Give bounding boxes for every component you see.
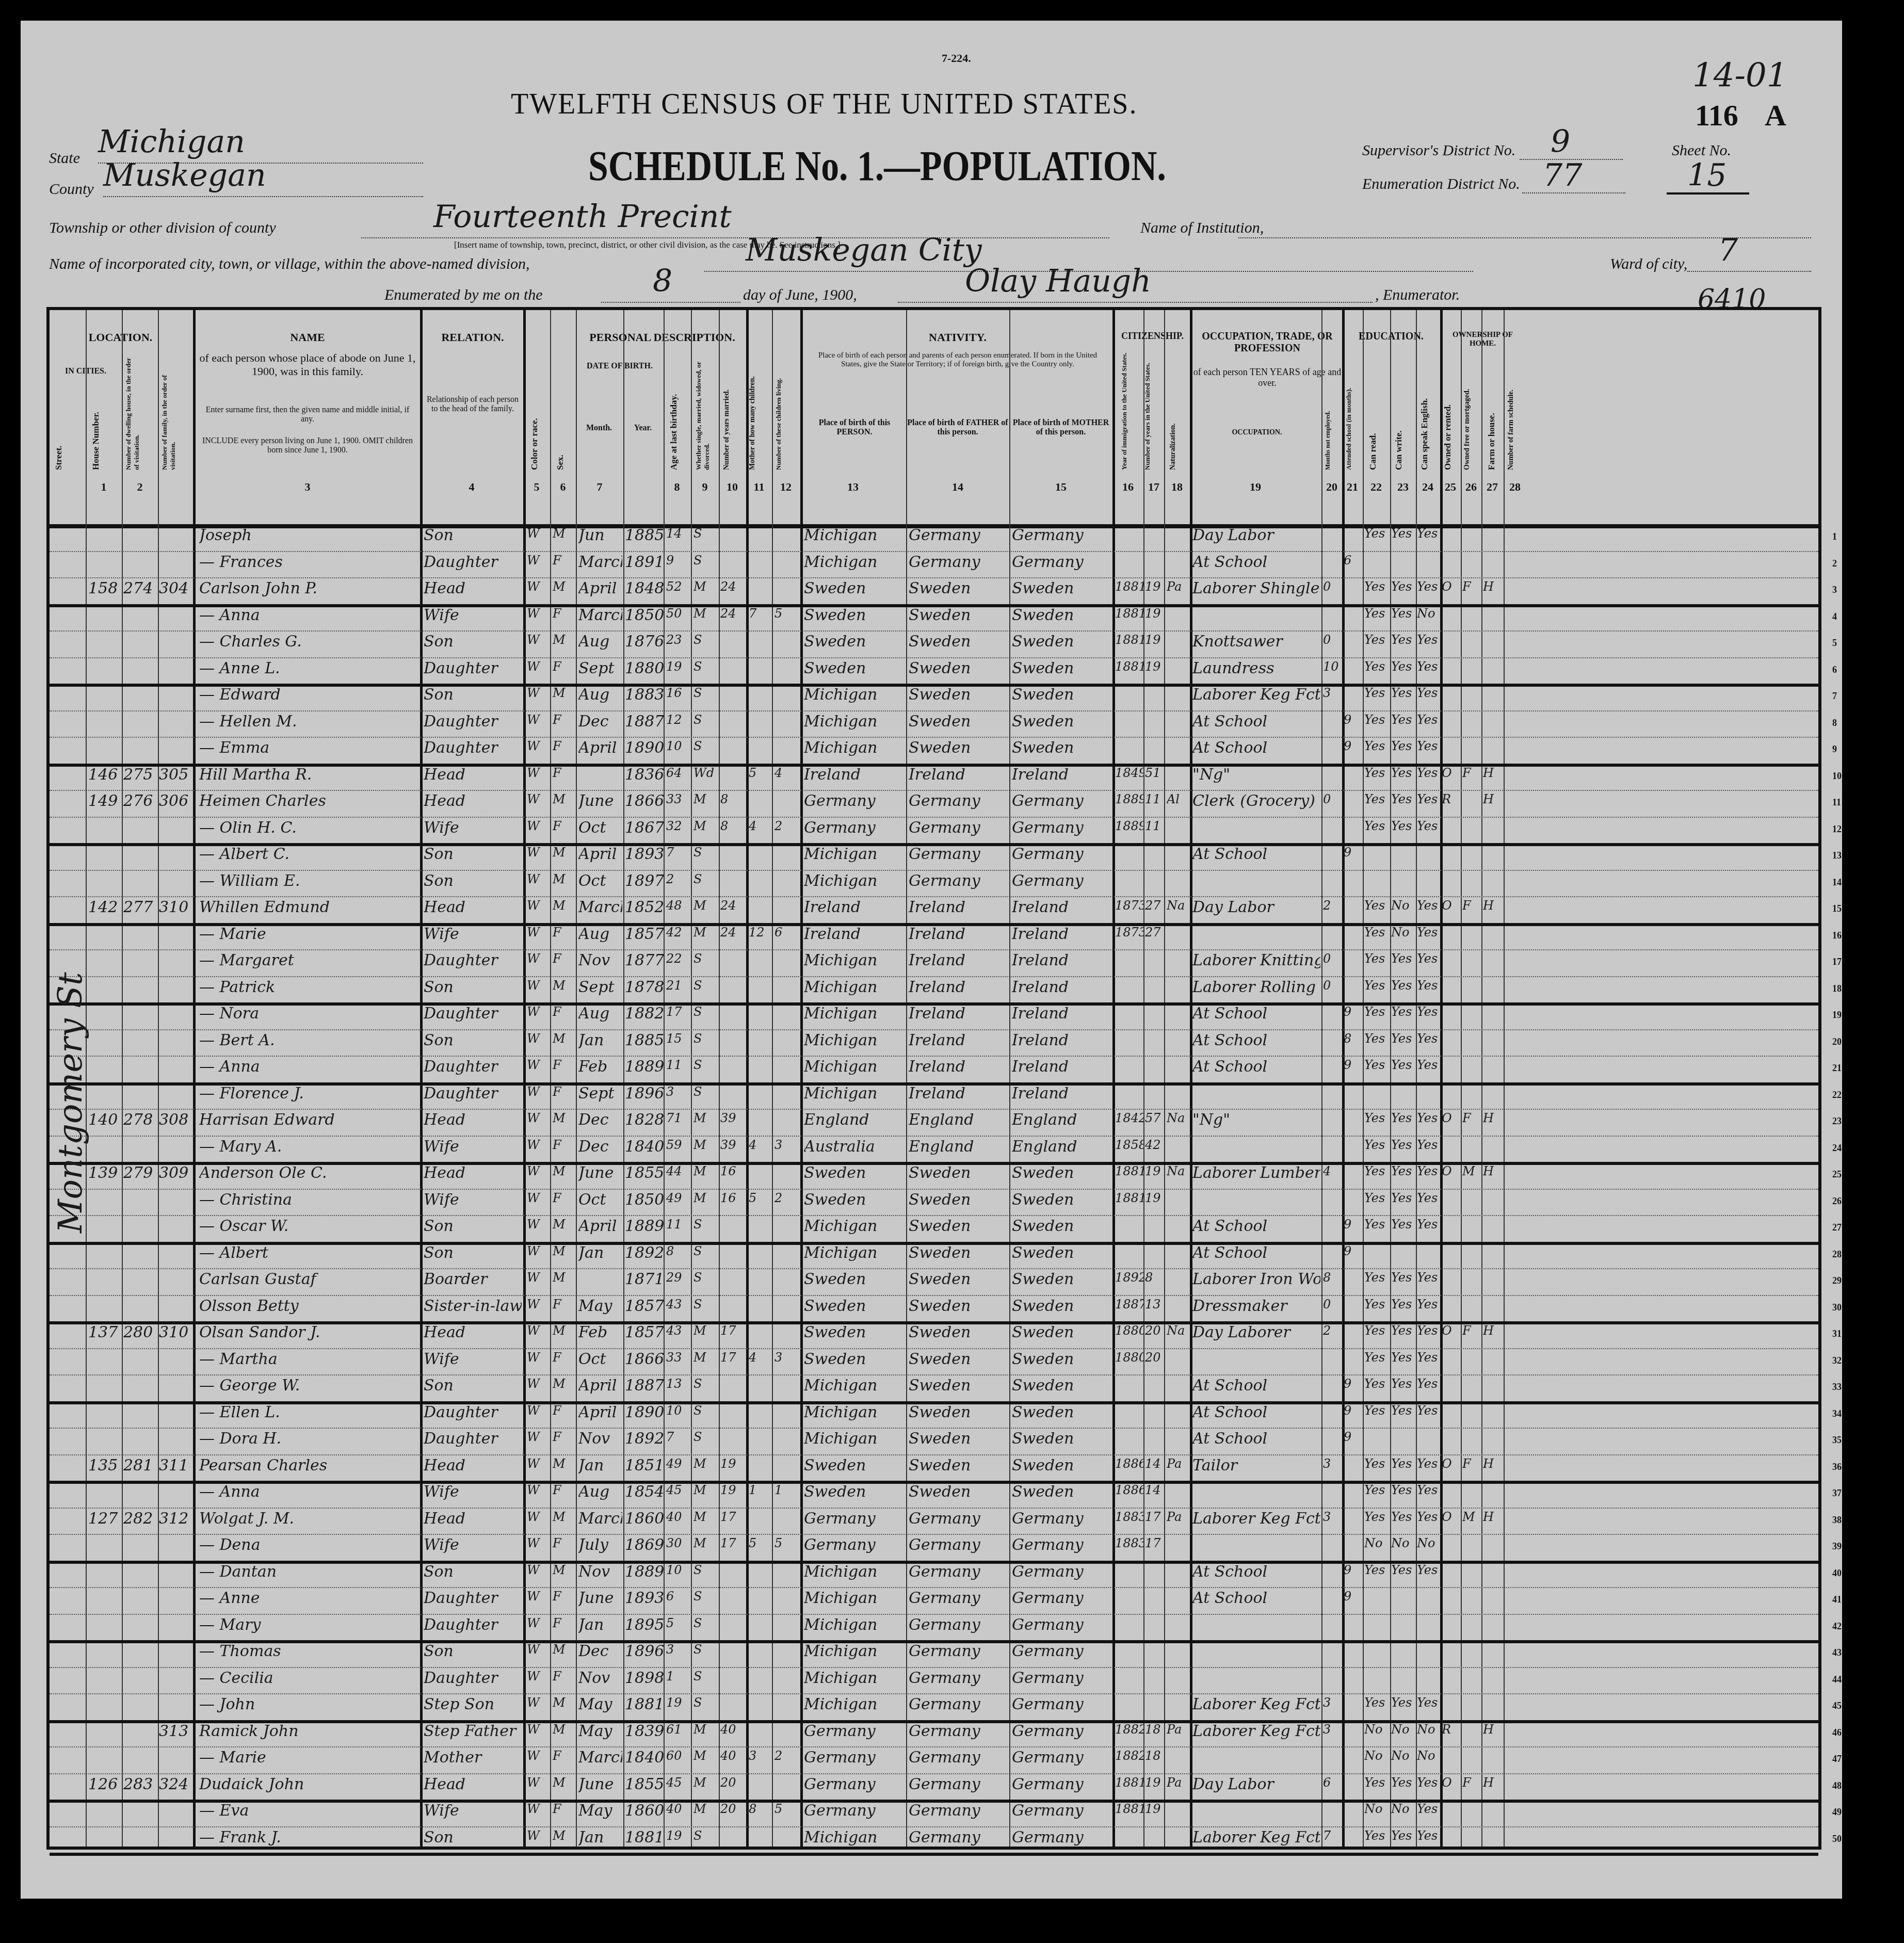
cell-unemp: 2 (1323, 898, 1341, 913)
cell-own: O (1442, 1164, 1460, 1178)
cell-sex: F (553, 553, 576, 568)
cell-father: Sweden (909, 1350, 1008, 1368)
cell-occupation: At School (1192, 1217, 1320, 1235)
cell-relation: Head (424, 898, 522, 916)
cell-marital: S (693, 1084, 717, 1099)
cell-year: 1857 (625, 1323, 664, 1341)
cell-race: W (527, 766, 550, 780)
cell-race: W (527, 1589, 550, 1604)
cell-mother-of: 12 (749, 925, 770, 940)
cell-father: Sweden (909, 1297, 1008, 1315)
cell-father: Sweden (909, 713, 1008, 731)
cell-sex: M (553, 792, 576, 806)
cell-birth: Michigan (804, 1217, 905, 1235)
cell-year: 1850 (625, 606, 664, 624)
header-name-instr2: INCLUDE every person living on June 1, 1… (199, 436, 416, 455)
cell-age: 59 (666, 1138, 689, 1152)
cell-father: Germany (909, 872, 1008, 890)
cell-sex: M (553, 1563, 576, 1577)
column-number: 4 (461, 480, 482, 494)
cell-immig: 1873 (1115, 925, 1143, 940)
table-row: — MargaretDaughterWFNov187722SMichiganIr… (50, 949, 1818, 977)
cell-year: 1855 (625, 1164, 664, 1182)
cell-month: July (578, 1536, 622, 1554)
cell-name: Dudaick John (199, 1775, 418, 1793)
cell-month: Oct (578, 1350, 622, 1368)
cell-race: W (527, 1695, 550, 1710)
cell-living: 3 (774, 1350, 798, 1365)
cell-mother: England (1012, 1138, 1111, 1156)
cell-immig: 1881 (1115, 579, 1143, 594)
line-number: 11 (1832, 797, 1841, 808)
line-number: 39 (1832, 1541, 1842, 1552)
cell-natz: Pa (1167, 1722, 1188, 1737)
cell-father: Germany (909, 553, 1008, 571)
cell-relation: Daughter (424, 1616, 522, 1634)
cell-occupation: At School (1192, 1031, 1320, 1049)
cell-race: W (527, 951, 550, 966)
cell-write: Yes (1391, 951, 1415, 966)
cell-father: Ireland (909, 1005, 1008, 1023)
header-relation-desc: Relationship of each person to the head … (426, 395, 519, 414)
cell-yrs-married: 24 (720, 606, 745, 621)
cell-relation: Wife (424, 606, 522, 624)
cell-month: Sept (578, 1084, 622, 1103)
table-row: — Mary A.WifeWFDec184059M3943AustraliaEn… (50, 1136, 1818, 1165)
cell-relation: Son (424, 526, 522, 544)
cell-age: 10 (666, 739, 689, 753)
cell-name: — Charles G. (199, 633, 418, 651)
cell-house: 146 (88, 766, 119, 784)
table-row: — Bert A.SonWMJan188515SMichiganIrelandI… (50, 1029, 1818, 1057)
cell-school: 9 (1344, 1377, 1362, 1391)
cell-month: June (578, 1164, 622, 1182)
cell-school: 9 (1344, 1563, 1362, 1577)
table-row: — MaryDaughterWFJan18955SMichiganGermany… (50, 1614, 1818, 1644)
cell-write: No (1391, 925, 1415, 940)
cell-dwelling: 275 (123, 766, 155, 784)
cell-immig: 1881 (1115, 659, 1143, 674)
cell-english: Yes (1417, 898, 1440, 913)
cell-age: 7 (666, 845, 689, 860)
cell-immig: 1886 (1115, 1456, 1143, 1471)
cell-english: Yes (1417, 1350, 1440, 1365)
cell-read: Yes (1364, 1775, 1389, 1790)
cell-read: No (1364, 1722, 1389, 1737)
line-number: 15 (1832, 903, 1842, 914)
line-number: 8 (1832, 718, 1837, 728)
cell-race: W (527, 1430, 550, 1444)
cell-race: W (527, 739, 550, 753)
cell-sex: F (553, 951, 576, 966)
cell-name: — Patrick (199, 978, 418, 996)
cell-immig: 1887 (1115, 1297, 1143, 1311)
cell-english: Yes (1417, 1510, 1440, 1524)
cell-write: Yes (1391, 579, 1415, 594)
cell-month: Dec (578, 1138, 622, 1156)
cell-mother: Sweden (1012, 1323, 1111, 1341)
cell-sex: F (553, 1748, 576, 1763)
cell-father: England (909, 1138, 1008, 1156)
cell-occupation: At School (1192, 1244, 1320, 1262)
cell-marital: M (693, 819, 717, 833)
cell-name: — Mary A. (199, 1138, 418, 1156)
cell-name: Wolgat J. M. (199, 1510, 418, 1528)
cell-relation: Head (424, 1164, 522, 1182)
line-number: 50 (1832, 1834, 1842, 1844)
cell-month: May (578, 1297, 622, 1315)
cell-year: 1897 (625, 872, 664, 890)
cell-read: Yes (1364, 1270, 1389, 1285)
cell-relation: Daughter (424, 951, 522, 969)
cell-english: Yes (1417, 1377, 1440, 1391)
cell-birth: Germany (804, 1748, 905, 1767)
cell-year: 1896 (625, 1084, 664, 1103)
table-row: — DenaWifeWFJuly186930M1755GermanyGerman… (50, 1534, 1818, 1564)
cell-read: Yes (1364, 819, 1389, 833)
header-name: NAME (194, 331, 421, 344)
cell-marital: M (693, 792, 717, 806)
line-number: 35 (1832, 1435, 1842, 1446)
cell-relation: Daughter (424, 1669, 522, 1687)
line-number: 26 (1832, 1196, 1842, 1207)
cell-own: O (1442, 1323, 1460, 1338)
cell-own: O (1442, 579, 1460, 594)
cell-name: — Nora (199, 1005, 418, 1023)
cell-sex: F (553, 1669, 576, 1683)
cell-yrs-married: 19 (720, 1456, 745, 1471)
vheader-family: Number of family, in the order of visita… (160, 351, 177, 470)
form-number: 7-224. (942, 52, 971, 65)
cell-read: Yes (1364, 1483, 1389, 1497)
cell-name: — Marie (199, 925, 418, 943)
cell-age: 44 (666, 1164, 689, 1178)
column-number: 13 (843, 480, 863, 494)
cell-father: Sweden (909, 1377, 1008, 1395)
cell-name: Carlsan Gustaf (199, 1270, 418, 1288)
cell-immig: 1886 (1115, 1483, 1143, 1497)
cell-write: Yes (1391, 1377, 1415, 1391)
cell-school: 6 (1344, 553, 1362, 568)
cell-month: Nov (578, 1669, 622, 1687)
cell-month: Aug (578, 925, 622, 943)
cell-mother: Sweden (1012, 1456, 1111, 1475)
cell-relation: Daughter (424, 1005, 522, 1023)
cell-read: Yes (1364, 1510, 1389, 1524)
cell-unemp: 3 (1323, 1695, 1341, 1710)
cell-write: Yes (1391, 1323, 1415, 1338)
county-field: Muskegan (103, 157, 423, 197)
table-row: 137280310Olsan Sandor J.HeadWMFeb185743M… (50, 1321, 1818, 1349)
table-row: — MarieWifeWFAug185742M24126IrelandIrela… (50, 923, 1818, 951)
cell-race: W (527, 526, 550, 541)
cell-race: W (527, 1031, 550, 1046)
cell-write: No (1391, 1722, 1415, 1737)
cell-name: — Albert (199, 1244, 418, 1262)
cell-father: Ireland (909, 951, 1008, 969)
cell-name: Pearsan Charles (199, 1456, 418, 1475)
cell-mother-of: 5 (749, 1191, 770, 1205)
cell-yrs-us: 19 (1145, 1164, 1163, 1178)
cell-month: Jan (578, 1456, 622, 1475)
cell-birth: Michigan (804, 553, 905, 571)
cell-write: Yes (1391, 1510, 1415, 1524)
cell-house: 142 (88, 898, 119, 916)
cell-immig: 1880 (1115, 1323, 1143, 1338)
header-nativity-desc: Place of birth of each person and parent… (808, 351, 1107, 369)
cell-age: 19 (666, 1695, 689, 1710)
cell-own: R (1442, 1722, 1460, 1737)
cell-relation: Wife (424, 1191, 522, 1209)
cell-age: 15 (666, 1031, 689, 1046)
cell-yrs-married: 17 (720, 1536, 745, 1550)
cell-age: 52 (666, 579, 689, 594)
vheader-house-number: House Number. (91, 398, 101, 470)
table-row: — Frank J.SonWMJan188119SMichiganGermany… (50, 1826, 1818, 1856)
ward-field: 7 (1687, 232, 1811, 272)
cell-race: W (527, 686, 550, 700)
cell-sex: M (553, 633, 576, 647)
cell-write: Yes (1391, 1563, 1415, 1577)
cell-marital: S (693, 951, 717, 966)
header-name-desc: of each person whose place of abode on J… (199, 351, 416, 378)
cell-marital: S (693, 633, 717, 647)
cell-sex: M (553, 872, 576, 886)
cell-name: — Eva (199, 1802, 418, 1820)
cell-race: W (527, 659, 550, 674)
cell-immig: 1881 (1115, 1775, 1143, 1790)
cell-english: Yes (1417, 1828, 1440, 1843)
cell-english: Yes (1417, 1695, 1440, 1710)
cell-race: W (527, 819, 550, 833)
cell-immig: 1842 (1115, 1111, 1143, 1125)
cell-write: Yes (1391, 1031, 1415, 1046)
cell-marital: S (693, 739, 717, 753)
cell-year: 1889 (625, 1058, 664, 1076)
cell-read: Yes (1364, 925, 1389, 940)
cell-family: 304 (159, 579, 191, 597)
cell-dwelling: 282 (123, 1510, 155, 1528)
cell-sex: F (553, 1403, 576, 1418)
cell-unemp: 0 (1323, 633, 1341, 647)
cell-read: No (1364, 1748, 1389, 1763)
cell-yrs-us: 20 (1145, 1323, 1163, 1338)
cell-father: Germany (909, 1828, 1008, 1847)
cell-write: Yes (1391, 633, 1415, 647)
cell-father: Germany (909, 526, 1008, 544)
cell-relation: Wife (424, 925, 522, 943)
cell-birth: Sweden (804, 606, 905, 624)
header-occupation-sub: OCCUPATION. (1192, 429, 1321, 437)
cell-natz: Al (1167, 792, 1188, 806)
cell-race: W (527, 1748, 550, 1763)
cell-read: Yes (1364, 713, 1389, 727)
cell-mother: Ireland (1012, 1005, 1111, 1023)
cell-yrs-married: 16 (720, 1191, 745, 1205)
cell-age: 9 (666, 553, 689, 568)
column-number: 17 (1143, 480, 1164, 494)
cell-father: Sweden (909, 1244, 1008, 1262)
cell-relation: Head (424, 792, 522, 810)
cell-natz: Na (1167, 1323, 1188, 1338)
cell-mother: Sweden (1012, 1270, 1111, 1288)
cell-marital: M (693, 1111, 717, 1125)
cell-father: Ireland (909, 978, 1008, 996)
cell-occupation: Laborer Keg Fcty (1192, 1510, 1320, 1528)
cell-relation: Son (424, 1031, 522, 1049)
cell-sex: M (553, 1642, 576, 1657)
cell-marital: M (693, 898, 717, 913)
cell-age: 45 (666, 1775, 689, 1790)
column-number: 12 (776, 480, 796, 494)
cell-father: Germany (909, 1775, 1008, 1793)
cell-birth: Michigan (804, 1084, 905, 1103)
cell-dwelling: 274 (123, 579, 155, 597)
cell-age: 64 (666, 766, 689, 780)
cell-free: F (1462, 1775, 1481, 1790)
vheader-marital: Whether single, married, widowed, or div… (695, 351, 711, 470)
cell-immig: 1883 (1115, 1510, 1143, 1524)
cell-year: 1893 (625, 845, 664, 863)
column-number: 21 (1342, 480, 1363, 494)
cell-marital: S (693, 1297, 717, 1311)
cell-mother: Sweden (1012, 713, 1111, 731)
cell-marital: M (693, 1350, 717, 1365)
cell-month: Nov (578, 951, 622, 969)
cell-sex: F (553, 713, 576, 727)
cell-year: 1889 (625, 1563, 664, 1581)
cell-read: Yes (1364, 766, 1389, 780)
census-title: TWELFTH CENSUS OF THE UNITED STATES. (511, 88, 1137, 121)
cell-relation: Head (424, 579, 522, 597)
cell-sex: M (553, 579, 576, 594)
cell-father: Sweden (909, 606, 1008, 624)
cell-year: 1880 (625, 659, 664, 677)
cell-month: Aug (578, 686, 622, 704)
cell-age: 14 (666, 526, 689, 541)
cell-own: O (1442, 1111, 1460, 1125)
cell-family: 306 (159, 792, 191, 810)
cell-name: — Anna (199, 1483, 418, 1501)
cell-relation: Daughter (424, 739, 522, 757)
cell-yrs-married: 17 (720, 1350, 745, 1365)
cell-marital: M (693, 1536, 717, 1550)
cell-marital: S (693, 1563, 717, 1577)
cell-race: W (527, 1164, 550, 1178)
cell-english: Yes (1417, 659, 1440, 674)
cell-write: No (1391, 1802, 1415, 1816)
cell-sex: M (553, 1695, 576, 1710)
cell-dwelling: 280 (123, 1323, 155, 1341)
cell-sex: M (553, 1244, 576, 1258)
cell-marital: M (693, 1191, 717, 1205)
cell-year: 1871 (625, 1270, 664, 1288)
column-number: 26 (1461, 480, 1481, 494)
line-number: 22 (1832, 1090, 1842, 1100)
cell-birth: Sweden (804, 1456, 905, 1475)
cell-mother: Sweden (1012, 1377, 1111, 1395)
cell-immig: 1889 (1115, 819, 1143, 833)
cell-birth: Michigan (804, 1403, 905, 1421)
vheader-mother-of: Mother of how many children. (749, 351, 757, 470)
line-number: 34 (1832, 1408, 1842, 1419)
ward-label: Ward of city, (1610, 255, 1687, 273)
cell-father: Sweden (909, 1430, 1008, 1448)
header-education: EDUCATION. (1342, 331, 1440, 343)
cell-read: Yes (1364, 686, 1389, 700)
cell-marital: S (693, 872, 717, 886)
cell-month: April (578, 1217, 622, 1235)
header-relation: RELATION. (421, 331, 524, 344)
cell-occupation: At School (1192, 1377, 1320, 1395)
cell-write: Yes (1391, 1270, 1415, 1285)
cell-write: Yes (1391, 739, 1415, 753)
cell-yrs-us: 18 (1145, 1748, 1163, 1763)
cell-yrs-married: 8 (720, 792, 745, 806)
cell-race: W (527, 713, 550, 727)
vheader-years-us: Number of years in the United States. (1143, 351, 1152, 470)
cell-farm: H (1483, 1775, 1503, 1790)
column-number: 16 (1118, 480, 1138, 494)
cell-race: W (527, 1111, 550, 1125)
cell-father: Sweden (909, 1456, 1008, 1475)
cell-month: Oct (578, 872, 622, 890)
line-number: 14 (1832, 877, 1842, 888)
cell-yrs-us: 19 (1145, 1775, 1163, 1790)
cell-school: 9 (1344, 1403, 1362, 1418)
cell-race: W (527, 1828, 550, 1843)
cell-month: April (578, 739, 622, 757)
supervisor-field: 9 (1520, 124, 1623, 160)
cell-mother: Sweden (1012, 659, 1111, 677)
cell-family: 309 (159, 1164, 191, 1182)
cell-write: Yes (1391, 659, 1415, 674)
sheet-label: Sheet No. (1672, 142, 1731, 159)
cell-month: Sept (578, 978, 622, 996)
table-row: — Anne L.DaughterWFSept188019SSwedenSwed… (50, 657, 1818, 687)
cell-marital: S (693, 1616, 717, 1630)
enumeration-value: 77 (1543, 157, 1582, 193)
table-row: — George W.SonWMApril188713SMichiganSwed… (50, 1374, 1818, 1404)
cell-month: June (578, 1589, 622, 1607)
cell-occupation: Laborer Keg Fcty (1192, 1722, 1320, 1740)
line-number: 27 (1832, 1222, 1842, 1233)
column-number: 15 (1051, 480, 1071, 494)
cell-mother-of: 4 (749, 1138, 770, 1152)
margin-street-note: Montgomery St (52, 972, 90, 1233)
cell-unemp: 4 (1323, 1164, 1341, 1178)
cell-yrs-us: 17 (1145, 1510, 1163, 1524)
column-number: 8 (667, 480, 687, 494)
cell-sex: F (553, 819, 576, 833)
cell-natz: Pa (1167, 1775, 1188, 1790)
cell-marital: S (693, 1031, 717, 1046)
cell-own: O (1442, 898, 1460, 913)
cell-year: 1867 (625, 819, 664, 837)
cell-relation: Sister-in-law (424, 1297, 522, 1315)
cell-marital: S (693, 1589, 717, 1604)
cell-yrs-us: 20 (1145, 1350, 1163, 1365)
cell-sex: M (553, 1323, 576, 1338)
cell-month: April (578, 1403, 622, 1421)
cell-age: 71 (666, 1111, 689, 1125)
cell-yrs-us: 51 (1145, 766, 1163, 780)
cell-marital: S (693, 1005, 717, 1019)
cell-relation: Step Father (424, 1722, 522, 1740)
cell-name: — Anna (199, 606, 418, 624)
cell-relation: Son (424, 1563, 522, 1581)
cell-age: 12 (666, 713, 689, 727)
